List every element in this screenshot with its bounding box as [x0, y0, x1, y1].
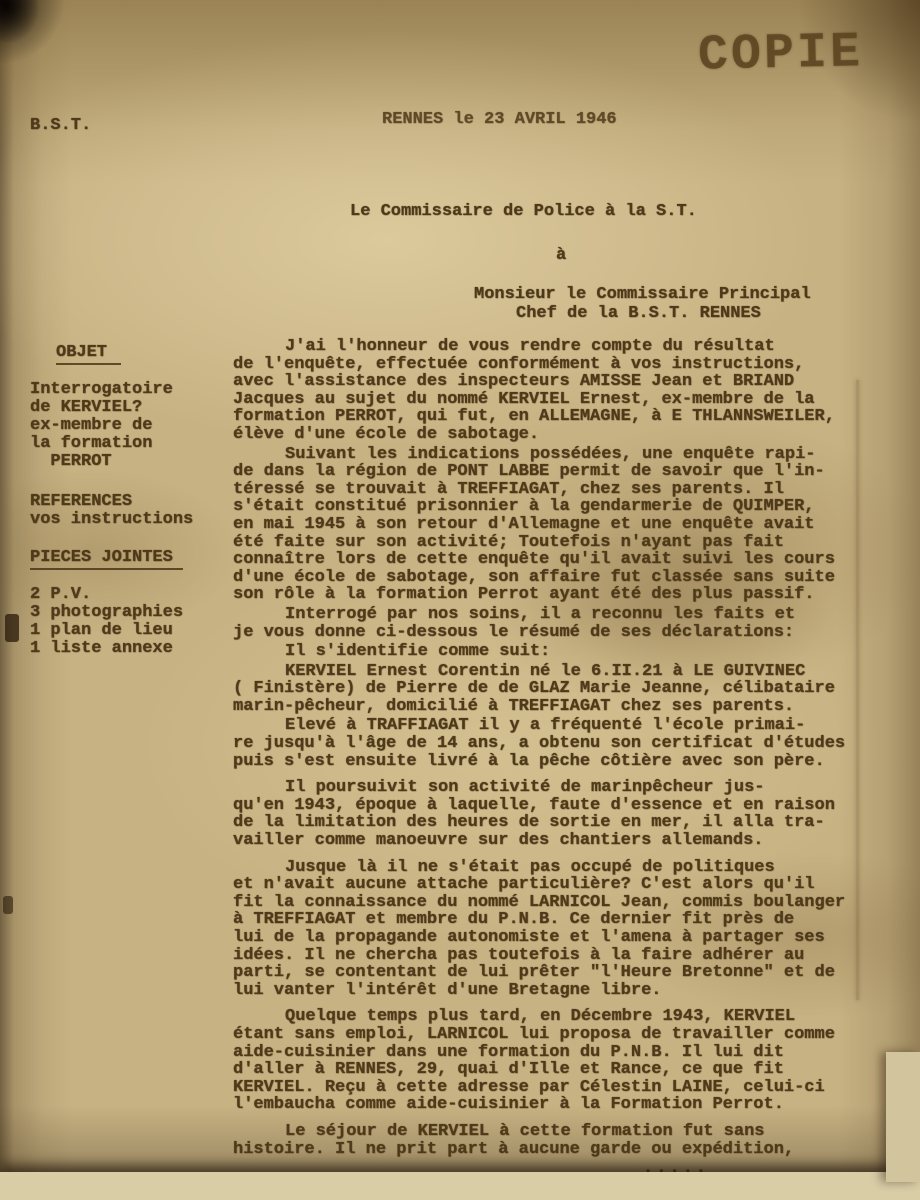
recipient-line-1: Monsieur le Commissaire Principal — [474, 285, 811, 304]
body-paragraph-10: Le séjour de KERVIEL à cette formation f… — [233, 1123, 898, 1158]
dateline: RENNES le 23 AVRIL 1946 — [382, 110, 617, 129]
document-page: COPIE B.S.T. RENNES le 23 AVRIL 1946 Le … — [0, 0, 920, 1200]
body-paragraph-4: Il s'identifie comme suit: — [233, 643, 898, 661]
service-abbreviation: B.S.T. — [30, 116, 91, 135]
copie-stamp: COPIE — [697, 24, 863, 84]
body-paragraph-6: Elevé à TRAFFIAGAT il y a fréquenté l'éc… — [233, 717, 898, 770]
body-paragraph-8: Jusque là il ne s'était pas occupé de po… — [233, 859, 898, 1000]
body-paragraph-3: Interrogé par nos soins, il a reconnu le… — [233, 606, 898, 641]
body-paragraph-1: J'ai l'honneur de vous rendre compte du … — [233, 338, 898, 444]
pieces-jointes-list: 2 P.V. 3 photographies 1 plan de lieu 1 … — [30, 586, 232, 658]
body-paragraph-7: Il poursuivit son activité de marinpêche… — [233, 779, 898, 849]
backing-paper-bottom — [0, 1172, 920, 1200]
body-paragraph-5: KERVIEL Ernest Corentin né le 6.II.21 à … — [233, 663, 898, 716]
pieces-jointes-heading: PIECES JOINTES — [30, 549, 232, 570]
objet-text: Interrogatoire de KERVIEL? ex-membre de … — [30, 381, 232, 471]
references-text: vos instructions — [30, 511, 232, 529]
references-heading: REFERENCES — [30, 493, 232, 511]
sender-line: Le Commissaire de Police à la S.T. — [350, 202, 697, 221]
salutation-particle: à — [556, 246, 566, 265]
margin-column: OBJET Interrogatoire de KERVIEL? ex-memb… — [30, 344, 232, 658]
backing-paper-right — [886, 1052, 920, 1182]
corner-stain — [0, 0, 38, 42]
recipient-line-2: Chef de la B.S.T. RENNES — [516, 304, 761, 323]
letter-body: J'ai l'honneur de vous rendre compte du … — [233, 338, 898, 1178]
objet-heading: OBJET — [30, 344, 232, 365]
body-paragraph-2: Suivant les indications possédées, une e… — [233, 446, 898, 604]
margin-mark — [5, 614, 19, 642]
margin-mark — [3, 896, 13, 914]
body-paragraph-9: Quelque temps plus tard, en Décembre 194… — [233, 1008, 898, 1114]
